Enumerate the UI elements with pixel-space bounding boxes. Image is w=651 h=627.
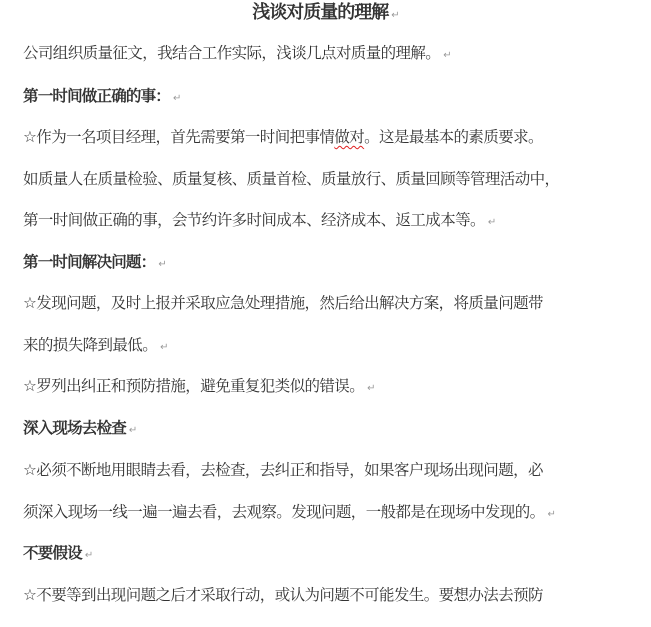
line-text: 如质量人在质量检验、质量复核、质量首检、质量放行、质量回顾等管理活动中， bbox=[23, 170, 559, 188]
paragraph-line: ☆发现问题，及时上报并采取应急处理措施，然后给出解决方案，将质量问题带 bbox=[23, 292, 543, 314]
paragraph-mark-icon: ↵ bbox=[488, 217, 496, 228]
paragraph-mark-icon: ↵ bbox=[443, 50, 451, 61]
line-text: ☆作为一名项目经理，首先需要第一时间把事情 bbox=[23, 128, 334, 146]
line-text: ☆发现问题，及时上报并采取应急处理措施，然后给出解决方案，将质量问题带 bbox=[23, 294, 543, 312]
line-text: 。这是最基本的素质要求。 bbox=[364, 128, 543, 146]
heading-do-right-first-time: 第一时间做正确的事：↵ bbox=[23, 85, 181, 110]
paragraph-line: 须深入现场一线一遍一遍去看，去观察。发现问题，一般都是在现场中发现的。↵ bbox=[23, 501, 555, 526]
line-text: ☆不要等到出现问题之后才采取行动，或认为问题不可能发生。要想办法去预防 bbox=[23, 586, 543, 604]
paragraph-line: ☆罗列出纠正和预防措施，避免重复犯类似的错误。↵ bbox=[23, 375, 375, 400]
paragraph-line: 如质量人在质量检验、质量复核、质量首检、质量放行、质量回顾等管理活动中， bbox=[23, 168, 559, 190]
paragraph-line: ☆必须不断地用眼睛去看，去检查，去纠正和指导，如果客户现场出现问题，必 bbox=[23, 459, 543, 481]
paragraph-mark-icon: ↵ bbox=[85, 550, 93, 561]
paragraph-line: 来的损失降到最低。↵ bbox=[23, 334, 168, 359]
heading-text: 第一时间解决问题： bbox=[23, 253, 155, 271]
line-text: 来的损失降到最低。 bbox=[23, 336, 157, 354]
paragraph-mark-icon: ↵ bbox=[173, 93, 181, 104]
line-text: 第一时间做正确的事，会节约许多时间成本、经济成本、返工成本等。 bbox=[23, 211, 485, 229]
line-text: ☆必须不断地用眼睛去看，去检查，去纠正和指导，如果客户现场出现问题，必 bbox=[23, 461, 543, 479]
paragraph-mark-icon: ↵ bbox=[129, 425, 137, 436]
intro-paragraph: 公司组织质量征文，我结合工作实际，浅谈几点对质量的理解。↵ bbox=[23, 42, 451, 67]
line-text: ☆罗列出纠正和预防措施，避免重复犯类似的错误。 bbox=[23, 377, 364, 395]
document-title: 浅谈对质量的理解↵ bbox=[0, 1, 651, 28]
paragraph-line: 第一时间做正确的事，会节约许多时间成本、经济成本、返工成本等。↵ bbox=[23, 209, 496, 234]
spellcheck-flagged-word[interactable]: 做对 bbox=[334, 128, 364, 146]
paragraph-mark-icon: ↵ bbox=[391, 10, 398, 21]
heading-go-on-site: 深入现场去检查↵ bbox=[23, 417, 137, 442]
paragraph-mark-icon: ↵ bbox=[367, 383, 375, 394]
paragraph-line: ☆不要等到出现问题之后才采取行动，或认为问题不可能发生。要想办法去预防 bbox=[23, 584, 543, 606]
paragraph-mark-icon: ↵ bbox=[158, 259, 166, 270]
heading-dont-assume: 不要假设↵ bbox=[23, 542, 92, 567]
heading-solve-problems-first-time: 第一时间解决问题：↵ bbox=[23, 251, 166, 276]
heading-text: 第一时间做正确的事： bbox=[23, 87, 170, 105]
paragraph-mark-icon: ↵ bbox=[160, 342, 168, 353]
heading-text: 不要假设 bbox=[23, 544, 82, 562]
paragraph-line: ☆作为一名项目经理，首先需要第一时间把事情做对。这是最基本的素质要求。 bbox=[23, 126, 543, 148]
paragraph-mark-icon: ↵ bbox=[548, 509, 556, 520]
document-page[interactable]: 浅谈对质量的理解↵ 公司组织质量征文，我结合工作实际，浅谈几点对质量的理解。↵ … bbox=[0, 0, 651, 627]
title-text: 浅谈对质量的理解 bbox=[252, 2, 388, 23]
line-text: 公司组织质量征文，我结合工作实际，浅谈几点对质量的理解。 bbox=[23, 44, 440, 62]
heading-text: 深入现场去检查 bbox=[23, 419, 126, 437]
line-text: 须深入现场一线一遍一遍去看，去观察。发现问题，一般都是在现场中发现的。 bbox=[23, 503, 545, 521]
